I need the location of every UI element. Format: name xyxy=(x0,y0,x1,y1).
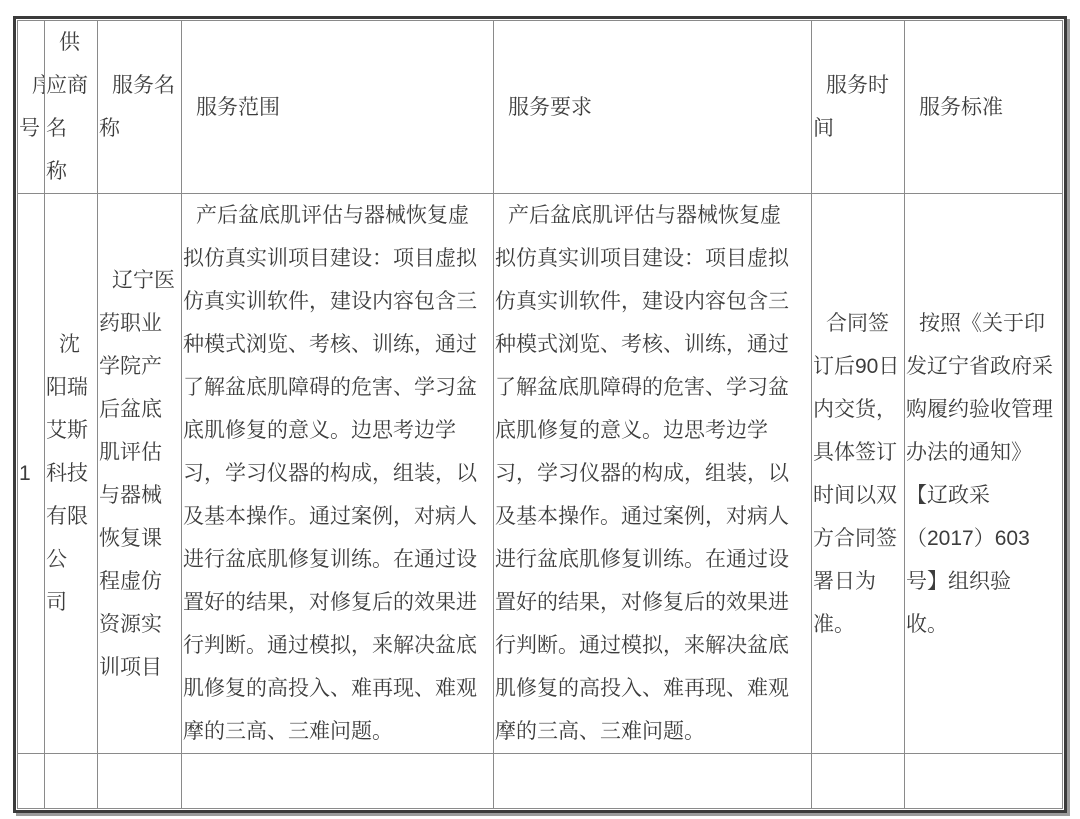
cell-service-standard: 按照《关于印 发辽宁省政府采 购履约验收管理 办法的通知》 【辽政采 （2017… xyxy=(905,194,1063,754)
header-cell-service-name: 服务名 称 xyxy=(98,21,182,194)
cell-service-scope-empty xyxy=(182,754,494,809)
cell-seq-empty xyxy=(18,754,45,809)
cell-service-name: 辽宁医 药职业 学院产 后盆底 肌评估 与器械 恢复课 程虚仿 资源实 训项目 xyxy=(98,194,182,754)
cell-service-time: 合同签 订后90日 内交货， 具体签订 时间以双 方合同签 署日为 准。 xyxy=(812,194,905,754)
cell-service-requirements-empty xyxy=(494,754,812,809)
table-row-empty xyxy=(18,754,1063,809)
table-row: 1 沈 阳瑞 艾斯 科技 有限 公 司 辽宁医 药职业 学院产 后盆底 肌评估 … xyxy=(18,194,1063,754)
header-cell-service-time: 服务时 间 xyxy=(812,21,905,194)
cell-seq: 1 xyxy=(18,194,45,754)
cell-supplier-empty xyxy=(45,754,98,809)
cell-service-standard-empty xyxy=(905,754,1063,809)
header-row: 序 号 供 应商 名 称 服务名 称 服务范围 服务要求 服务时 间 服务标准 xyxy=(18,21,1063,194)
cell-service-time-empty xyxy=(812,754,905,809)
cell-service-requirements: 产后盆底肌评估与器械恢复虚 拟仿真实训项目建设：项目虚拟 仿真实训软件，建设内容… xyxy=(494,194,812,754)
service-table: 序 号 供 应商 名 称 服务名 称 服务范围 服务要求 服务时 间 服务标准 … xyxy=(17,20,1063,809)
header-cell-seq: 序 号 xyxy=(18,21,45,194)
cell-service-scope: 产后盆底肌评估与器械恢复虚 拟仿真实训项目建设：项目虚拟 仿真实训软件，建设内容… xyxy=(182,194,494,754)
header-cell-service-standard: 服务标准 xyxy=(905,21,1063,194)
header-cell-service-scope: 服务范围 xyxy=(182,21,494,194)
document-page: 序 号 供 应商 名 称 服务名 称 服务范围 服务要求 服务时 间 服务标准 … xyxy=(0,0,1080,819)
cell-service-name-empty xyxy=(98,754,182,809)
cell-supplier: 沈 阳瑞 艾斯 科技 有限 公 司 xyxy=(45,194,98,754)
header-cell-supplier: 供 应商 名 称 xyxy=(45,21,98,194)
header-cell-service-requirements: 服务要求 xyxy=(494,21,812,194)
service-table-container: 序 号 供 应商 名 称 服务名 称 服务范围 服务要求 服务时 间 服务标准 … xyxy=(13,16,1067,813)
